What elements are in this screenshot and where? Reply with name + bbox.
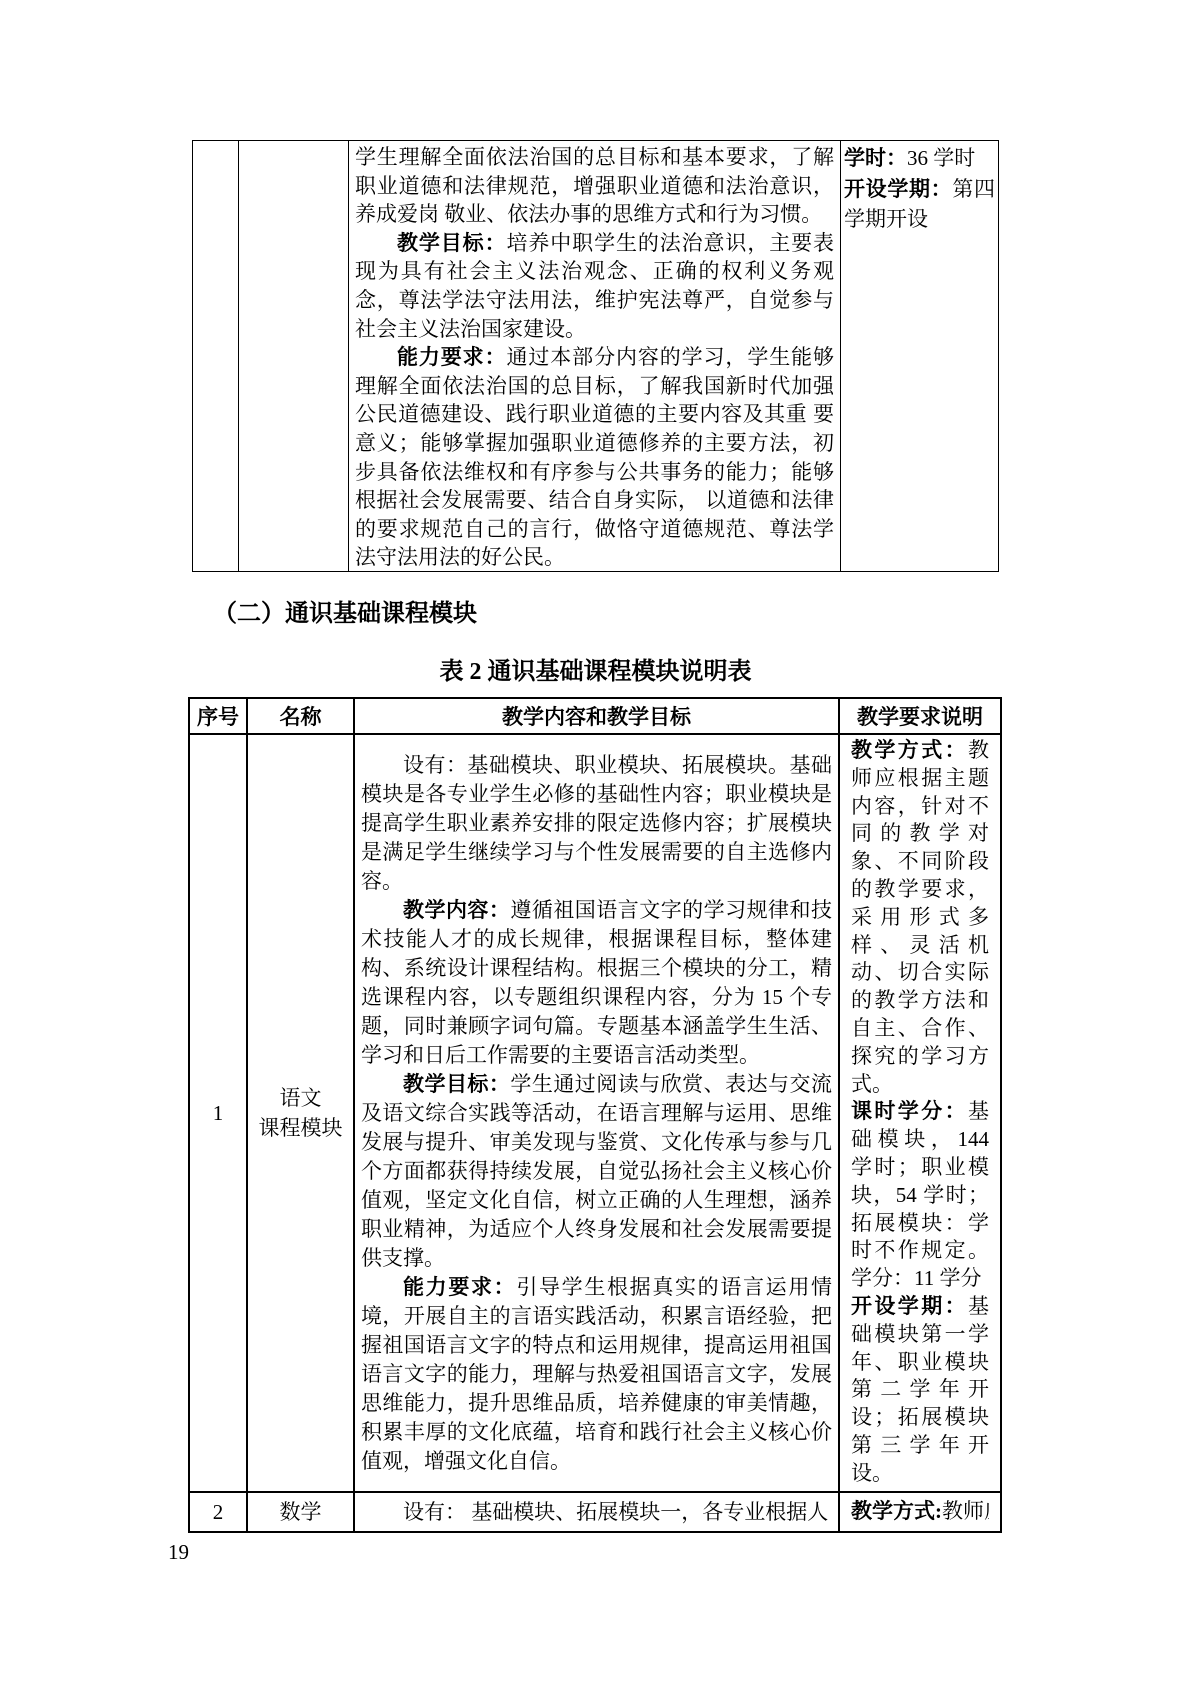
seq-cell: 2 bbox=[189, 1492, 247, 1532]
teaching-method-note: 教学方式：教师应根据主题内容，针对不同的教学对象、不同阶段的教学要求，采用形式多… bbox=[851, 737, 989, 1098]
table-row: 学生理解全面依法治国的总目标和基本要求，了解职业道德和法律规范，增强职业道德和法… bbox=[193, 141, 999, 572]
content-cell: 学生理解全面依法治国的总目标和基本要求，了解职业道德和法律规范，增强职业道德和法… bbox=[349, 141, 841, 572]
paragraph-lead: 能力要求： bbox=[397, 345, 506, 369]
modules-paragraph: 设有： 基础模块、拓展模块一，各专业根据人 bbox=[361, 1498, 832, 1527]
note-lead: 教学方式： bbox=[851, 738, 968, 762]
section-heading: （二）通识基础课程模块 bbox=[213, 593, 477, 628]
note-text: 教师应 bbox=[942, 1499, 989, 1523]
table2-title: 表 2 通识基础课程模块说明表 bbox=[0, 651, 1191, 686]
name-cell-empty bbox=[239, 141, 349, 572]
paragraph-lead: 教学内容： bbox=[403, 898, 510, 922]
table-row-math: 2 数学 设有： 基础模块、拓展模块一，各专业根据人 教学方式:教师应 bbox=[189, 1492, 1001, 1532]
hours-note: 学时：36 学时 bbox=[844, 143, 995, 174]
note-lead: 学时： bbox=[844, 146, 907, 170]
paragraph-text: 遵循祖国语言文字的学习规律和技术技能人才的成长规律，根据课程目标，整体建构、系统… bbox=[361, 898, 832, 1067]
header-requirement: 教学要求说明 bbox=[839, 698, 1001, 734]
seq-cell-empty bbox=[193, 141, 239, 572]
teaching-content-paragraph: 教学内容：遵循祖国语言文字的学习规律和技术技能人才的成长规律，根据课程目标，整体… bbox=[361, 896, 832, 1070]
name-cell: 语文 课程模块 bbox=[247, 734, 354, 1492]
note-text: 基础模块第一学年、职业模块第二学年开设；拓展模块第三学年开设。 bbox=[851, 1294, 989, 1485]
semester-note: 开设学期：第四学期开设 bbox=[844, 174, 995, 235]
requirement-cell: 教学方式:教师应 bbox=[839, 1492, 1001, 1532]
course-name-line: 课程模块 bbox=[248, 1113, 353, 1143]
paragraph-text: 设有：基础模块、职业模块、拓展模块。基础模块是各专业学生必修的基础性内容；职业模… bbox=[361, 753, 832, 893]
ability-requirement-paragraph: 能力要求：通过本部分内容的学习，学生能够理解全面依法治国的总目标，了解我国新时代… bbox=[355, 343, 834, 569]
content-cell: 设有： 基础模块、拓展模块一，各专业根据人 bbox=[354, 1492, 839, 1532]
requirement-cell: 教学方式：教师应根据主题内容，针对不同的教学对象、不同阶段的教学要求，采用形式多… bbox=[839, 734, 1001, 1492]
header-name: 名称 bbox=[247, 698, 354, 734]
general-basic-course-table: 序号 名称 教学内容和教学目标 教学要求说明 1 语文 课程模块 设有：基础模块… bbox=[188, 697, 1002, 1533]
teaching-goal-paragraph: 教学目标：学生通过阅读与欣赏、表达与交流及语文综合实践等活动，在语言理解与运用、… bbox=[361, 1070, 832, 1273]
note-text: 教师应根据主题内容，针对不同的教学对象、不同阶段的教学要求，采用形式多样、灵活机… bbox=[851, 738, 989, 1096]
note-lead: 教学方式: bbox=[851, 1499, 942, 1523]
seq-cell: 1 bbox=[189, 734, 247, 1492]
header-seq: 序号 bbox=[189, 698, 247, 734]
note-text: 基础模块，144 学时；职业模块，54 学时；拓展模块：学时不作规定。学分：11… bbox=[851, 1099, 989, 1290]
document-page: 学生理解全面依法治国的总目标和基本要求，了解职业道德和法律规范，增强职业道德和法… bbox=[0, 0, 1191, 1684]
teaching-goal-paragraph: 教学目标：培养中职学生的法治意识，主要表现为具有社会主义法治观念、正确的权利义务… bbox=[355, 229, 834, 343]
semester-note: 开设学期：基础模块第一学年、职业模块第二学年开设；拓展模块第三学年开设。 bbox=[851, 1293, 989, 1488]
table-header-row: 序号 名称 教学内容和教学目标 教学要求说明 bbox=[189, 698, 1001, 734]
teaching-method-note: 教学方式:教师应 bbox=[851, 1498, 989, 1526]
paragraph-lead: 教学目标： bbox=[403, 1072, 510, 1096]
name-cell: 数学 bbox=[247, 1492, 354, 1532]
note-lead: 开设学期： bbox=[844, 177, 952, 201]
page-number: 19 bbox=[168, 1540, 189, 1565]
header-content: 教学内容和教学目标 bbox=[354, 698, 839, 734]
paragraph-lead: 能力要求： bbox=[403, 1275, 516, 1299]
credit-hours-note: 课时学分：基础模块，144 学时；职业模块，54 学时；拓展模块：学时不作规定。… bbox=[851, 1098, 989, 1293]
previous-course-table-continuation: 学生理解全面依法治国的总目标和基本要求，了解职业道德和法律规范，增强职业道德和法… bbox=[192, 140, 999, 572]
modules-paragraph: 设有：基础模块、职业模块、拓展模块。基础模块是各专业学生必修的基础性内容；职业模… bbox=[361, 751, 832, 896]
requirement-cell: 学时：36 学时 开设学期：第四学期开设 bbox=[841, 141, 999, 572]
content-intro-paragraph: 学生理解全面依法治国的总目标和基本要求，了解职业道德和法律规范，增强职业道德和法… bbox=[355, 143, 834, 229]
content-cell: 设有：基础模块、职业模块、拓展模块。基础模块是各专业学生必修的基础性内容；职业模… bbox=[354, 734, 839, 1492]
course-name-line: 语文 bbox=[248, 1083, 353, 1113]
paragraph-text: 学生通过阅读与欣赏、表达与交流及语文综合实践等活动，在语言理解与运用、思维发展与… bbox=[361, 1072, 832, 1270]
paragraph-lead: 教学目标： bbox=[397, 231, 506, 255]
note-lead: 课时学分： bbox=[851, 1099, 968, 1123]
paragraph-text: 引导学生根据真实的语言运用情境，开展自主的言语实践活动，积累言语经验，把握祖国语… bbox=[361, 1275, 832, 1473]
course-name-line: 数学 bbox=[248, 1497, 353, 1527]
paragraph-text: 设有： 基础模块、拓展模块一，各专业根据人 bbox=[403, 1500, 828, 1524]
ability-requirement-paragraph: 能力要求：引导学生根据真实的语言运用情境，开展自主的言语实践活动，积累言语经验，… bbox=[361, 1273, 832, 1476]
note-lead: 开设学期： bbox=[851, 1294, 968, 1318]
paragraph-text: 学生理解全面依法治国的总目标和基本要求，了解职业道德和法律规范，增强职业道德和法… bbox=[355, 145, 834, 226]
table-row-chinese: 1 语文 课程模块 设有：基础模块、职业模块、拓展模块。基础模块是各专业学生必修… bbox=[189, 734, 1001, 1492]
paragraph-text: 通过本部分内容的学习，学生能够理解全面依法治国的总目标，了解我国新时代加强公民道… bbox=[355, 345, 834, 569]
note-text: 36 学时 bbox=[907, 146, 975, 170]
